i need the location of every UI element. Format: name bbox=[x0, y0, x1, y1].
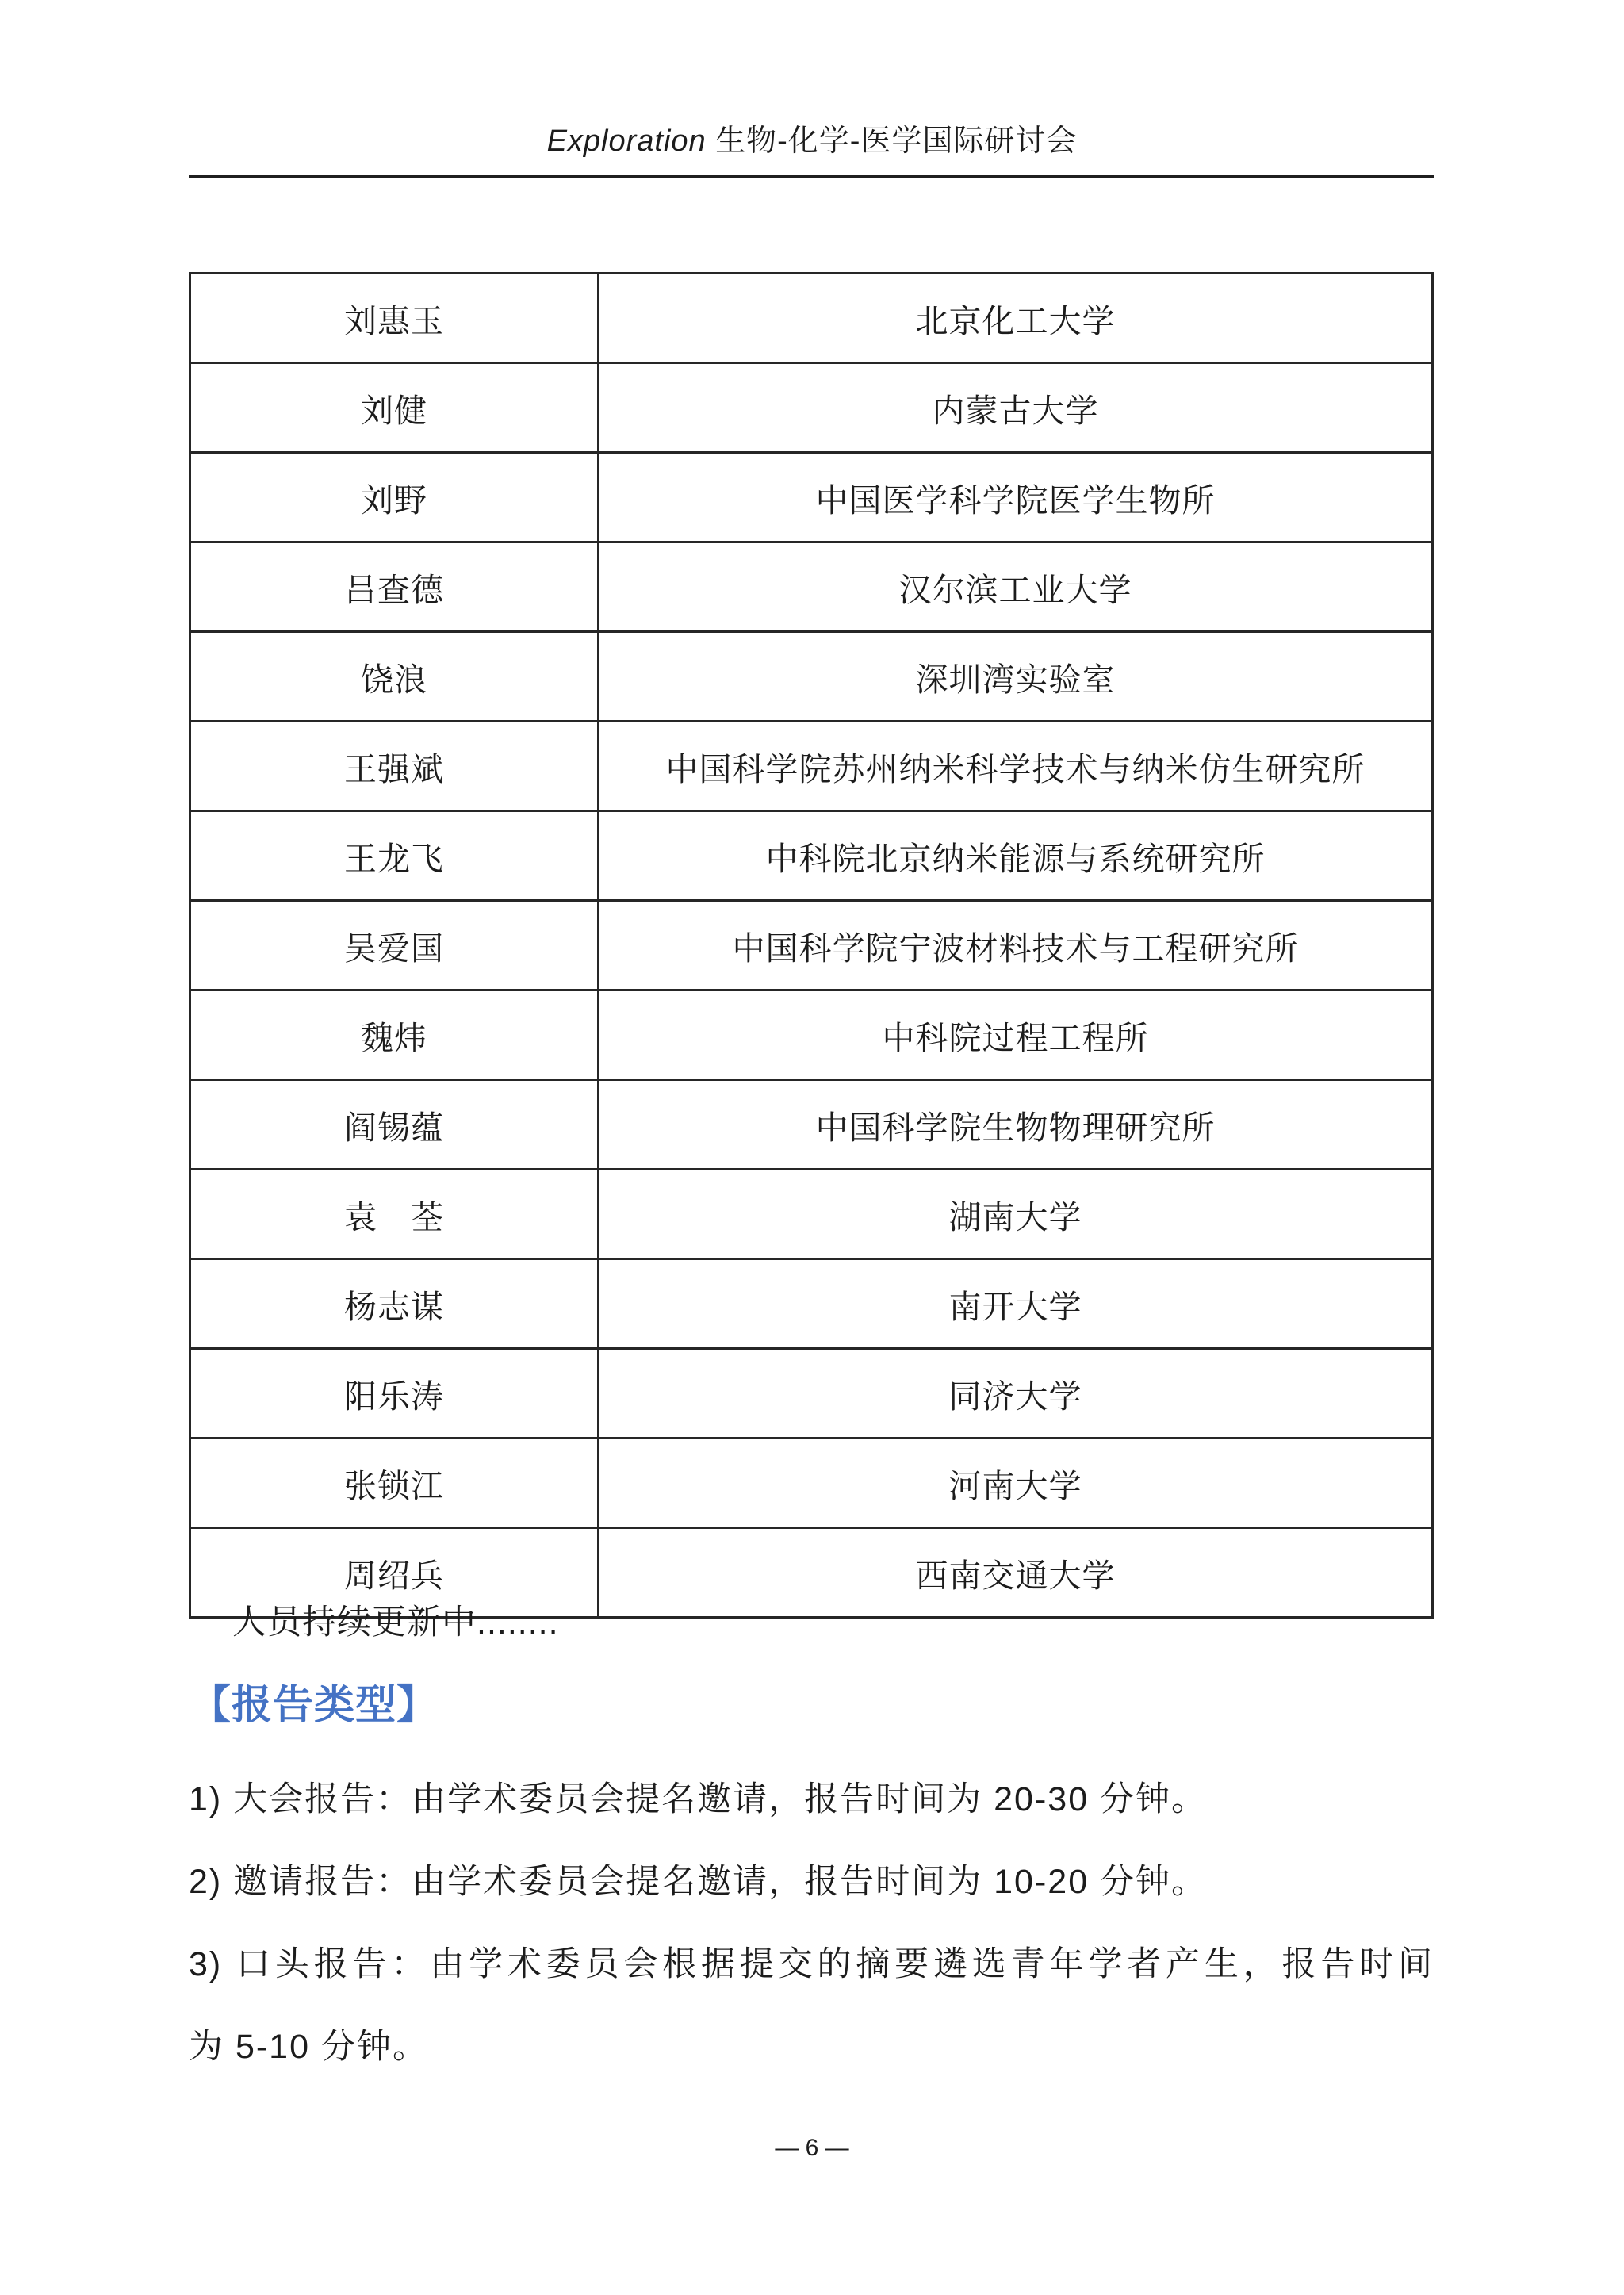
header-journal-name: Exploration bbox=[547, 125, 707, 158]
member-institution: 同济大学 bbox=[599, 1349, 1433, 1439]
member-name: 阳乐涛 bbox=[190, 1349, 599, 1439]
member-institution: 北京化工大学 bbox=[599, 274, 1433, 363]
member-institution: 中国医学科学院医学生物所 bbox=[599, 453, 1433, 542]
member-institution: 内蒙古大学 bbox=[599, 363, 1433, 453]
member-institution: 西南交通大学 bbox=[599, 1528, 1433, 1618]
member-name: 吴爱国 bbox=[190, 901, 599, 990]
table-row: 王龙飞 中科院北京纳米能源与系统研究所 bbox=[190, 811, 1433, 901]
table-row: 刘野 中国医学科学院医学生物所 bbox=[190, 453, 1433, 542]
header-title: 生物-化学-医学国际研讨会 bbox=[715, 125, 1077, 158]
member-name: 王强斌 bbox=[190, 722, 599, 811]
member-name: 张锁江 bbox=[190, 1439, 599, 1528]
table-row: 袁 荃 湖南大学 bbox=[190, 1170, 1433, 1259]
member-name: 刘惠玉 bbox=[190, 274, 599, 363]
table-row: 张锁江 河南大学 bbox=[190, 1439, 1433, 1528]
table-row: 阳乐涛 同济大学 bbox=[190, 1349, 1433, 1439]
table-row: 杨志谋 南开大学 bbox=[190, 1259, 1433, 1349]
member-name: 刘野 bbox=[190, 453, 599, 542]
member-institution: 中国科学院苏州纳米科学技术与纳米仿生研究所 bbox=[599, 722, 1433, 811]
table-row: 阎锡蕴 中国科学院生物物理研究所 bbox=[190, 1080, 1433, 1170]
member-institution: 深圳湾实验室 bbox=[599, 632, 1433, 722]
updating-note: 人员持续更新中........ bbox=[232, 1596, 559, 1644]
page-number: — 6 — bbox=[0, 2135, 1624, 2162]
member-name: 魏炜 bbox=[190, 990, 599, 1080]
member-institution: 中国科学院宁波材料技术与工程研究所 bbox=[599, 901, 1433, 990]
member-institution: 中国科学院生物物理研究所 bbox=[599, 1080, 1433, 1170]
member-institution: 中科院过程工程所 bbox=[599, 990, 1433, 1080]
report-type-item-1: 1) 大会报告：由学术委员会提名邀请，报告时间为 20-30 分钟。 bbox=[189, 1776, 1434, 1822]
member-institution: 湖南大学 bbox=[599, 1170, 1433, 1259]
member-institution: 河南大学 bbox=[599, 1439, 1433, 1528]
member-name: 袁 荃 bbox=[190, 1170, 599, 1259]
report-type-item-2: 2) 邀请报告：由学术委员会提名邀请，报告时间为 10-20 分钟。 bbox=[189, 1859, 1434, 1905]
table-row: 王强斌 中国科学院苏州纳米科学技术与纳米仿生研究所 bbox=[190, 722, 1433, 811]
table-row: 饶浪 深圳湾实验室 bbox=[190, 632, 1433, 722]
header-divider-line bbox=[189, 175, 1434, 178]
table-row: 吕查德 汉尔滨工业大学 bbox=[190, 542, 1433, 632]
member-name: 饶浪 bbox=[190, 632, 599, 722]
table-row: 刘健 内蒙古大学 bbox=[190, 363, 1433, 453]
member-name: 吕查德 bbox=[190, 542, 599, 632]
table-row: 吴爱国 中国科学院宁波材料技术与工程研究所 bbox=[190, 901, 1433, 990]
table-row: 魏炜 中科院过程工程所 bbox=[190, 990, 1433, 1080]
member-institution: 汉尔滨工业大学 bbox=[599, 542, 1433, 632]
page-header: Exploration生物-化学-医学国际研讨会 bbox=[0, 116, 1624, 159]
member-institution: 南开大学 bbox=[599, 1259, 1433, 1349]
section-heading-report-types: 【报告类型】 bbox=[190, 1672, 438, 1730]
member-name: 王龙飞 bbox=[190, 811, 599, 901]
member-name: 阎锡蕴 bbox=[190, 1080, 599, 1170]
member-name: 刘健 bbox=[190, 363, 599, 453]
member-name: 杨志谋 bbox=[190, 1259, 599, 1349]
member-institution: 中科院北京纳米能源与系统研究所 bbox=[599, 811, 1433, 901]
report-type-item-3-line-1: 3) 口头报告：由学术委员会根据提交的摘要遴选青年学者产生，报告时间 bbox=[189, 1941, 1434, 1987]
committee-table: 刘惠玉 北京化工大学 刘健 内蒙古大学 刘野 中国医学科学院医学生物所 吕查德 … bbox=[189, 272, 1434, 1619]
report-type-item-3-line-2: 为 5-10 分钟。 bbox=[189, 2024, 1434, 2070]
document-page: Exploration生物-化学-医学国际研讨会 刘惠玉 北京化工大学 刘健 内… bbox=[0, 0, 1624, 2295]
table-row: 刘惠玉 北京化工大学 bbox=[190, 274, 1433, 363]
